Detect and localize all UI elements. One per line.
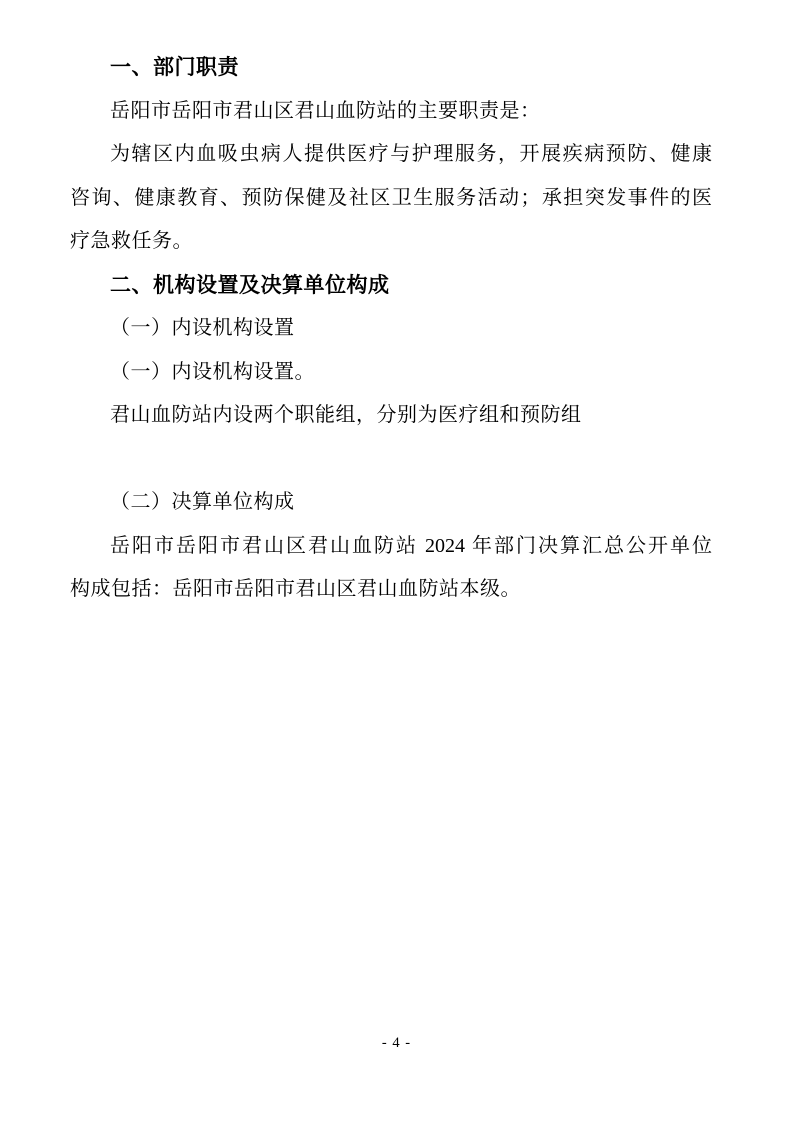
subsection-1-title: （一）内设机构设置 [70, 307, 712, 351]
para-duties-line-2: 咨询、健康教育、预防保健及社区卫生服务活动；承担突发事件的医 [70, 177, 712, 221]
section-2-heading: 二、机构设置及决算单位构成 [70, 264, 712, 308]
para-unit-composition-line-2: 构成包括：岳阳市岳阳市君山区君山血防站本级。 [70, 568, 712, 612]
page-footer: - 4 - [0, 1035, 793, 1052]
para-duties-line-1: 为辖区内血吸虫病人提供医疗与护理服务，开展疾病预防、健康 [70, 133, 712, 177]
para-internal-org-line: 君山血防站内设两个职能组，分别为医疗组和预防组 [70, 394, 712, 438]
page-number: - 4 - [382, 1035, 411, 1051]
section-1-heading: 一、部门职责 [70, 46, 712, 90]
para-unit-composition-line-1: 岳阳市岳阳市君山区君山血防站 2024 年部门决算汇总公开单位 [70, 525, 712, 569]
document-body: 一、部门职责 岳阳市岳阳市君山区君山血防站的主要职责是： 为辖区内血吸虫病人提供… [70, 46, 712, 612]
empty-line [70, 438, 712, 482]
para-duties-intro-line: 岳阳市岳阳市君山区君山血防站的主要职责是： [70, 90, 712, 134]
subsection-1-title-repeat: （一）内设机构设置。 [70, 351, 712, 395]
document-page: 一、部门职责 岳阳市岳阳市君山区君山血防站的主要职责是： 为辖区内血吸虫病人提供… [0, 0, 793, 1122]
para-duties-line-3: 疗急救任务。 [70, 220, 712, 264]
subsection-2-title: （二）决算单位构成 [70, 481, 712, 525]
